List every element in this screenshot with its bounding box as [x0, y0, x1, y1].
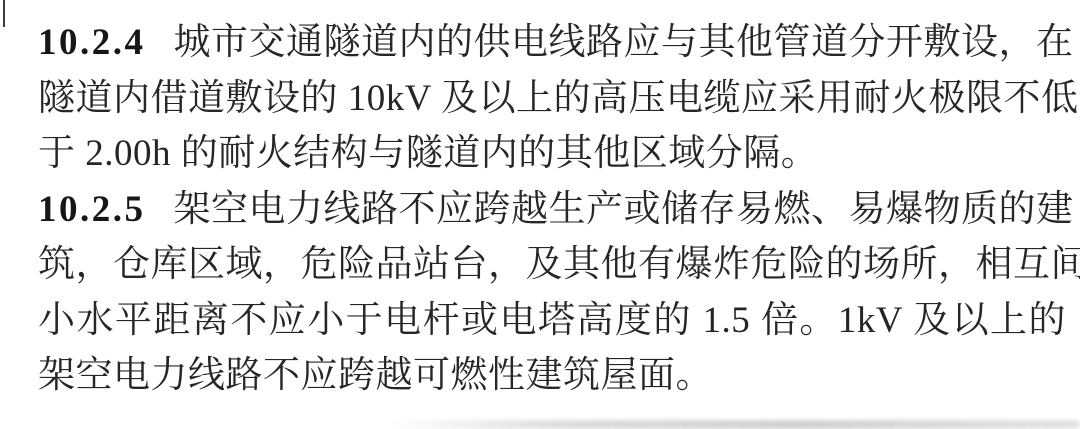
text-line: 小水平距离不应小于电杆或电塔高度的 1.5 倍。1kV 及以上的 — [38, 293, 1066, 349]
scan-shadow-artifact — [388, 420, 1080, 429]
line-text: 隧道内借道敷设的 10kV 及以上的高压电缆应采用耐火极限不低 — [38, 78, 1079, 119]
text-line: 10.2.5架空电力线路不应跨越生产或储存易燃、易爆物质的建 — [38, 182, 1066, 238]
line-text: 小水平距离不应小于电杆或电塔高度的 1.5 倍。1kV 及以上的 — [38, 300, 1066, 341]
line-text: 于 2.00h 的耐火结构与隧道内的其他区域分隔。 — [38, 133, 818, 174]
text-line: 筑，仓库区域，危险品站台，及其他有爆炸危险的场所，相互间的最 — [38, 237, 1066, 293]
line-text: 城市交通隧道内的供电线路应与其他管道分开敷设，在 — [174, 22, 1074, 63]
line-text: 架空电力线路不应跨越生产或储存易燃、易爆物质的建 — [174, 189, 1074, 230]
line-text: 架空电力线路不应跨越可燃性建筑屋面。 — [38, 355, 713, 396]
line-text: 筑，仓库区域，危险品站台，及其他有爆炸危险的场所，相互间的最 — [38, 244, 1080, 285]
text-line: 10.2.4城市交通隧道内的供电线路应与其他管道分开敷设，在 — [38, 15, 1066, 71]
scanned-document-page: 10.2.4城市交通隧道内的供电线路应与其他管道分开敷设，在 隧道内借道敷设的 … — [0, 0, 1080, 429]
text-line: 于 2.00h 的耐火结构与隧道内的其他区域分隔。 — [38, 126, 1066, 182]
section-number: 10.2.4 — [38, 22, 146, 63]
section-number: 10.2.5 — [38, 189, 146, 230]
text-line: 架空电力线路不应跨越可燃性建筑屋面。 — [38, 348, 1066, 404]
text-line: 隧道内借道敷设的 10kV 及以上的高压电缆应采用耐火极限不低 — [38, 71, 1066, 127]
text-block: 10.2.4城市交通隧道内的供电线路应与其他管道分开敷设，在 隧道内借道敷设的 … — [0, 0, 1080, 404]
